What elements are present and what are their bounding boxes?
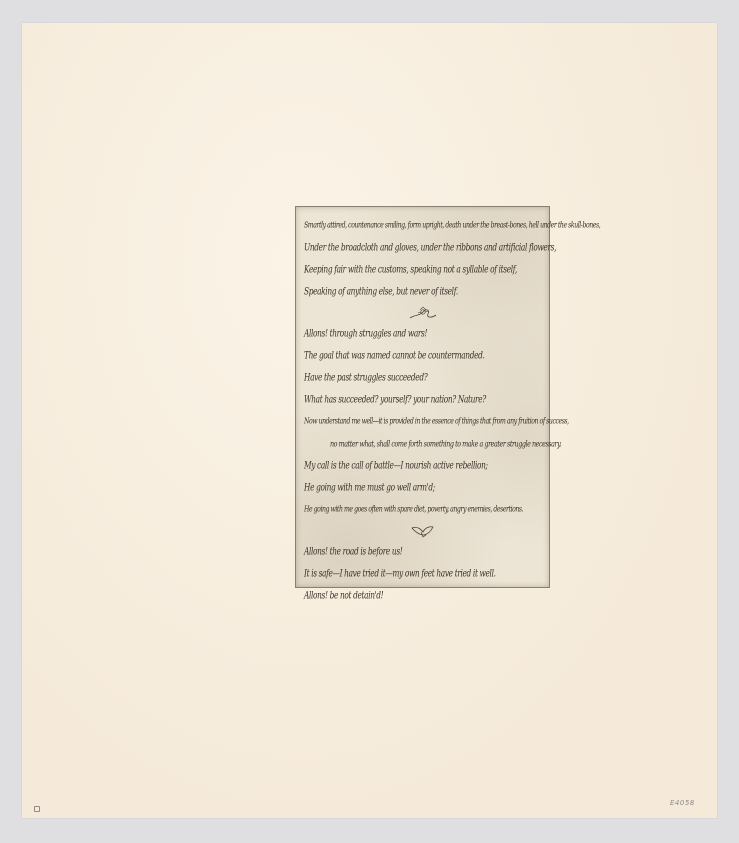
etched-plate: Smartly attired, countenance smiling, fo… xyxy=(295,206,550,588)
stanza-3: Allons! the road is before us! It is saf… xyxy=(304,541,542,607)
poem-line: Allons! be not detain'd! xyxy=(304,581,542,611)
stanza-1: Smartly attired, countenance smiling, fo… xyxy=(304,215,542,303)
accession-number: E4058 xyxy=(670,799,695,807)
paper-sheet: Smartly attired, countenance smiling, fo… xyxy=(22,23,717,818)
corner-mark-icon xyxy=(34,806,40,812)
stanza-2: Allons! through struggles and wars! The … xyxy=(304,323,542,521)
